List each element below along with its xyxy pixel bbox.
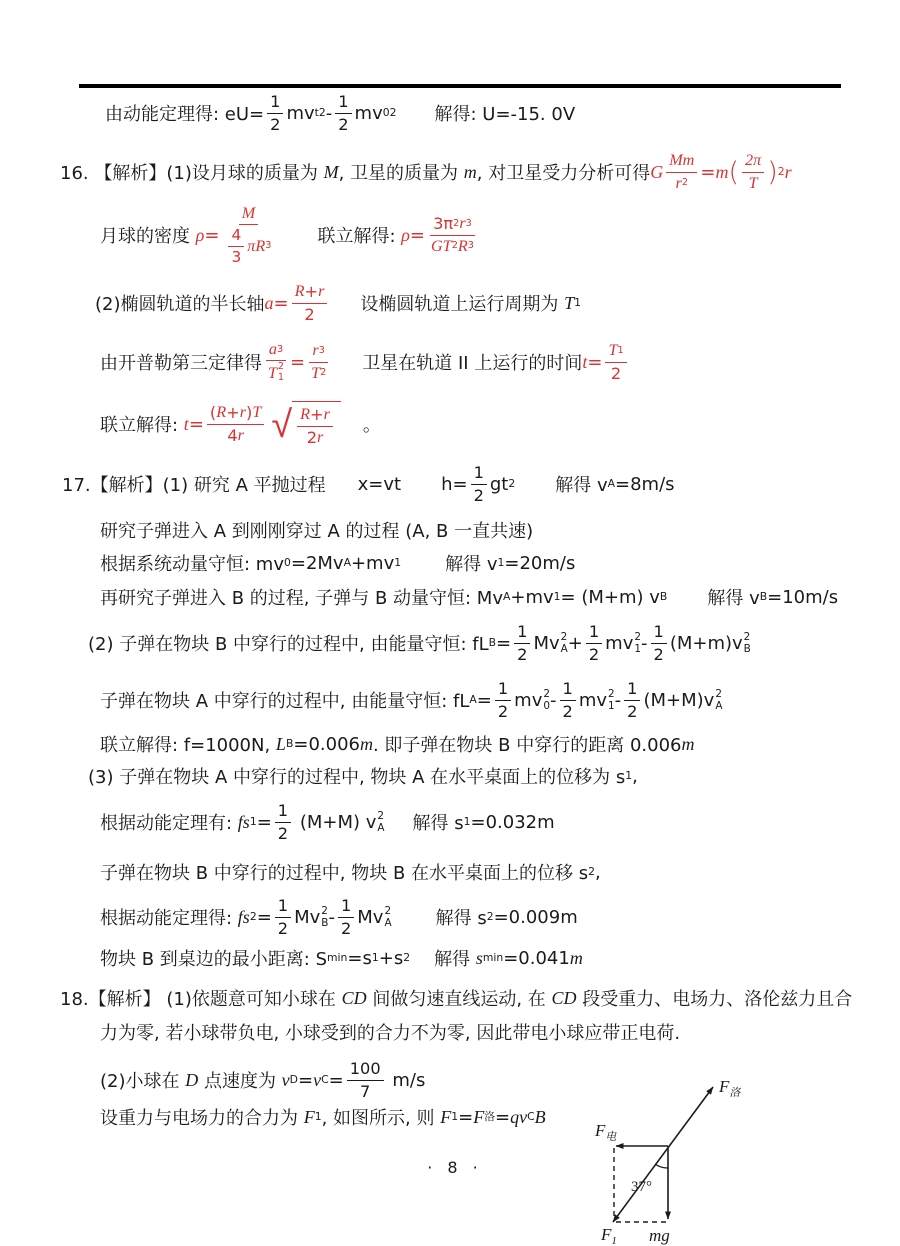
page-number: · 8 ·	[405, 1158, 505, 1177]
label-mg: mg	[649, 1226, 670, 1245]
solution-line: (2)椭圆轨道的半长轴a=R+r2设椭圆轨道上运行周期为 T1	[95, 273, 581, 333]
solution-line: 物块 B 到桌边的最小距离: Smin=s1+s2解得 smin=0.041m	[100, 944, 583, 972]
solution-line: 子弹在物块 A 中穿行的过程中, 由能量守恒: fLA=12mv20-12mv2…	[100, 670, 722, 730]
label-angle: 37°	[631, 1179, 652, 1195]
solution-line: 根据系统动量守恒: mv0=2MvA+mv1解得 v1=20m/s	[100, 549, 575, 577]
label-f-luo: F洛	[718, 1077, 741, 1099]
solution-line: 联立解得: t=(R+r)T4r√R+r2r。	[100, 392, 381, 456]
solution-line: (3) 子弹在物块 A 中穿行的过程中, 物块 A 在水平桌面上的位移为 s1,	[88, 762, 638, 790]
solution-line: (2) 子弹在物块 B 中穿行的过程中, 由能量守恒: fLB=12Mv2A+1…	[88, 613, 751, 673]
solution-line: (2)小球在 D 点速度为 vD=vC=1007 m/s	[100, 1052, 425, 1108]
force-diagram: F洛 F电 F1 mg 37°	[583, 1060, 763, 1246]
solution-line: 联立解得: f=1000N, LB=0.006m. 即子弹在物块 B 中穿行的距…	[100, 730, 694, 758]
label-f-dian: F电	[594, 1121, 617, 1143]
solution-line: 由开普勒第三定律得a3T21=r3T2卫星在轨道 II 上运行的时间t=T12	[100, 330, 630, 394]
document-page: 由动能定理得: eU=12mvt2-12mv02解得: U=-15. 0V 16…	[0, 0, 900, 1246]
solution-line: 根据动能定理得: fs2=12Mv2B-12Mv2A解得 s2=0.009m	[100, 889, 578, 945]
angle-arc	[655, 1164, 668, 1168]
solution-line: 研究子弹进入 A 到刚刚穿过 A 的过程 (A, B 一直共速)	[100, 516, 533, 544]
solution-line: 由动能定理得: eU=12mvt2-12mv02解得: U=-15. 0V	[105, 83, 575, 143]
solution-line: 17.【解析】(1) 研究 A 平抛过程x=vth=12gt2解得 vA=8m/…	[62, 454, 675, 514]
solution-line: 子弹在物块 B 中穿行的过程中, 物块 B 在水平桌面上的位移 s2,	[100, 858, 601, 886]
solution-line: 月球的密度 ρ=M43πR3联立解得: ρ=3π2r3GT2R3	[100, 193, 480, 277]
solution-line: 18.【解析】 (1)依题意可知小球在 CD 间做匀速直线运动, 在 CD 段受…	[60, 984, 852, 1012]
solution-line: 根据动能定理有: fs1=12 (M+M) v2A解得 s1=0.032m	[100, 794, 555, 850]
label-f1: F1	[600, 1225, 617, 1246]
vector-f1-floo-diagonal	[613, 1087, 713, 1222]
solution-line: 力为零, 若小球带负电, 小球受到的合力不为零, 因此带电小球应带正电荷.	[100, 1018, 680, 1046]
solution-line: 再研究子弹进入 B 的过程, 子弹与 B 动量守恒: MvA+mv1= (M+m…	[100, 583, 838, 611]
solution-line: 设重力与电场力的合力为 F1, 如图所示, 则 F1=F洛=qvCB	[100, 1103, 546, 1131]
